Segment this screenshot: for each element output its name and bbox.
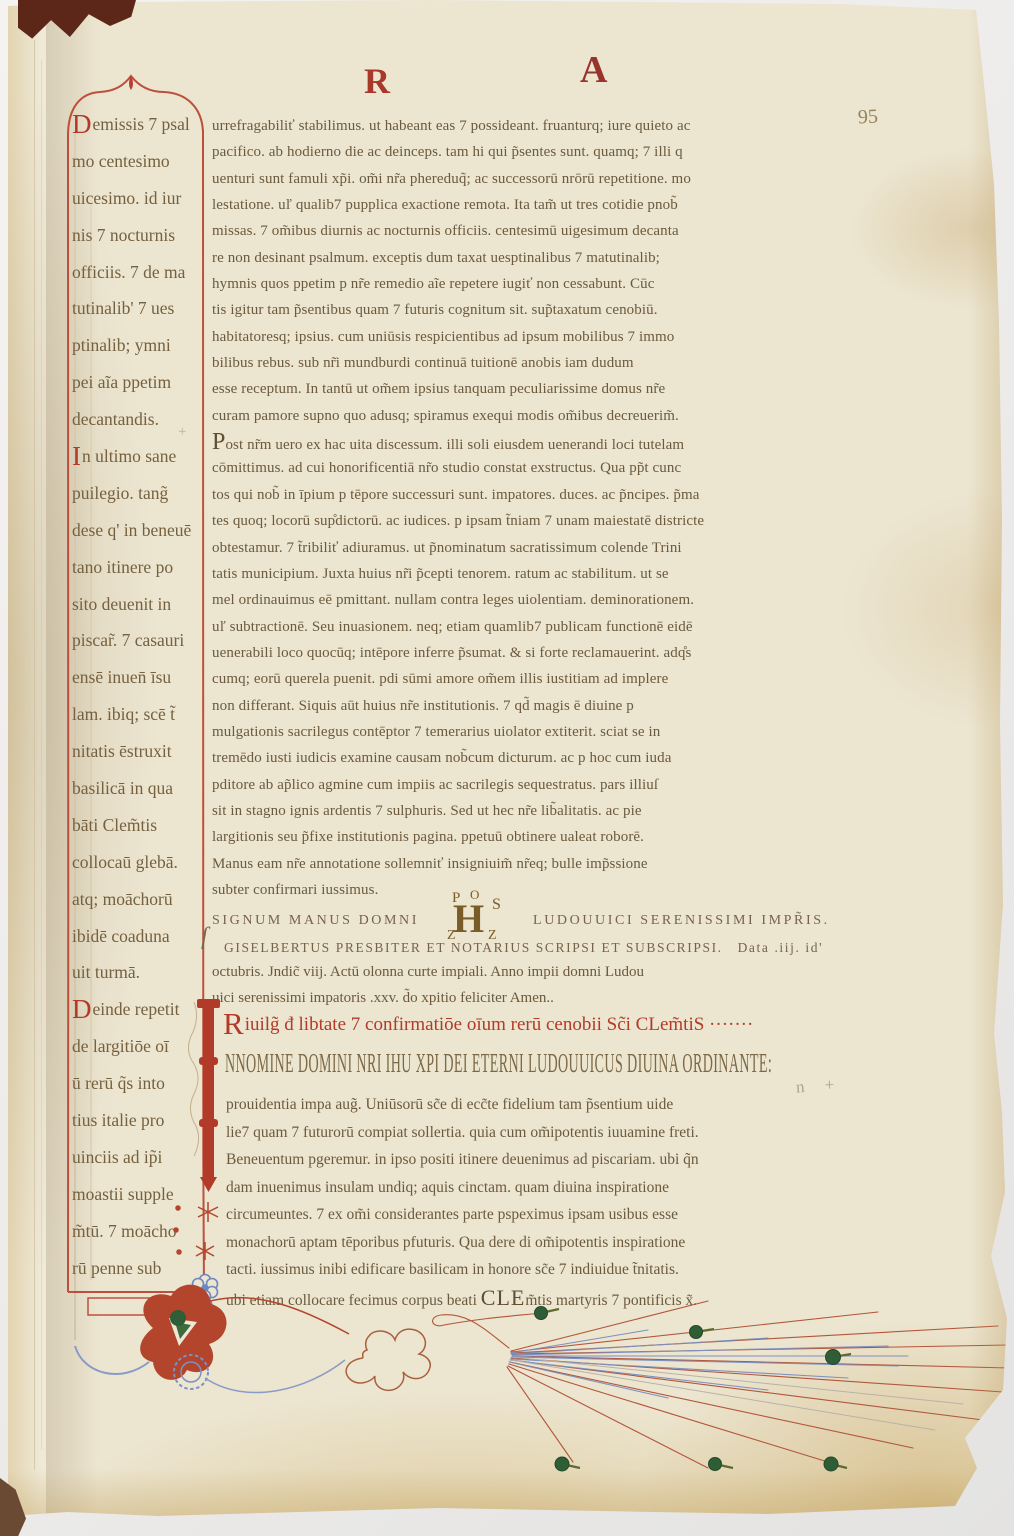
margin-note-line: lam. ibiq; scē t̃ (72, 696, 210, 733)
page-edge-line (41, 60, 42, 1450)
text-line: tes quoq; locorū sup̊dictorū. ac iudices… (212, 508, 812, 534)
margin-note-line: atq; moāchorū (72, 881, 210, 918)
margin-note-line: Demissis 7 psal (72, 106, 210, 143)
text-line: prouidentia impa aug̃. Uniūsorū sc̃e di … (226, 1091, 699, 1119)
photograph-backdrop: R A 95 Demissis 7 psal mo centesimo uice… (0, 0, 1014, 1536)
margin-note-line: bāti Clem̃tis (72, 807, 210, 844)
margin-note-line: tius italie pro (72, 1102, 210, 1139)
margin-note-line: ensē inuen̄ īsu (72, 659, 210, 696)
margin-note-line: ū rerū q̃s into (72, 1065, 210, 1102)
text-line: tatis municipium. Juxta huius nr̃i p̃cep… (212, 561, 812, 587)
text-line: uľ subtractionē. Seu inuasionem. neq; et… (212, 614, 812, 640)
running-header-letter-right: A (580, 48, 607, 92)
text-line: esse receptum. In tantū ut om̃em ipsius … (212, 376, 812, 402)
text-line: uenerabili loco quocūq; intēpore inferre… (212, 640, 812, 666)
subscription-line: octubris. Jndic̃ viij. Actū olonna curte… (212, 964, 644, 981)
margin-note-line: piscar̃. 7 casauri (72, 622, 210, 659)
text-line: tremēdo iusti iudicis examine causam nob… (212, 745, 812, 771)
green-dot-terminals (535, 1307, 852, 1472)
text-line: non differant. Siquis aūt huius nr̃e ins… (212, 693, 812, 719)
margin-note-line: nis 7 nocturnis (72, 217, 210, 254)
pencil-annotation: n + (795, 1074, 843, 1097)
text-line: re non desinant psalmum. exceptis dum ta… (212, 245, 812, 271)
margin-note-line: basilicā in qua (72, 770, 210, 807)
charter-heading: NNOMINE DOMINI NRI IHU XPI DEI ETERNI LU… (225, 1048, 926, 1069)
margin-note-line: mo centesimo (72, 143, 210, 180)
text-line: pditore ab ap̃lico agmine cum impiis ac … (212, 772, 812, 798)
text-line: cumq; eorū querela puenit. pdi sūmi amor… (212, 666, 812, 692)
text-line: obtestamur. 7 t̃ribiliť adiuramus. ut p̃… (212, 535, 812, 561)
ludovicus-monogram-icon: H P O S Z Z (439, 896, 513, 946)
text-line: curam pamore supno quo adusq; spiramus e… (212, 403, 812, 429)
margin-note-line: collocaū glebā. (72, 844, 210, 881)
page-edge-line (34, 40, 35, 1470)
margin-note-line: uinciis ad ip̃i (72, 1139, 210, 1176)
text-line: pacifico. ab hodierno die ac deinceps. t… (212, 139, 812, 165)
text-line: mulgationis sacrilegus contēptor 7 temer… (212, 719, 812, 745)
text-line: Manus eam nr̃e annotatione sollemniť ins… (212, 851, 812, 877)
rubric-initial: R (223, 1006, 244, 1041)
margin-note-line: ibidē coaduna (72, 918, 210, 955)
monogram-letter: O (470, 888, 479, 901)
text-line: lie7 quam 7 futurorū compiat sollertia. … (226, 1119, 699, 1147)
margin-note-line: dese q' in beneuē (72, 512, 210, 549)
knot-ornament-icon (75, 1285, 349, 1393)
text-line: urrefragabiliť stabilimus. ut habeant ea… (212, 113, 812, 139)
cloud-flourish (346, 1329, 430, 1390)
margin-note-line: officiis. 7 de ma (72, 254, 210, 291)
text-line: tos qui nob̃ in īpium p tēpore successur… (212, 482, 812, 508)
main-text-block: urrefragabiliť stabilimus. ut habeant ea… (212, 113, 812, 903)
text-line: largitionis seu p̃fixe institutionis pag… (212, 824, 812, 850)
monogram-letter: P (452, 891, 460, 906)
folio-number: 95 (857, 105, 878, 129)
decorated-initial-I-icon (197, 999, 220, 1195)
signum-text-right: LUDOUUICI SERENISSIMI IMPR̃IS. (533, 913, 830, 929)
margin-note-line: ptinalib; ymni (72, 327, 210, 364)
margin-initial: D (72, 109, 92, 139)
running-header-letter-left: R (364, 60, 390, 102)
text-line: tis igitur tam p̃sentibus quam 7 futuris… (212, 297, 812, 323)
margin-note-line: uit turmā. (72, 954, 210, 991)
text-line: Beneuentum pgeremur. in ipso positi itin… (226, 1146, 699, 1174)
text-line: uenturi sunt famuli xp̃i. om̃i nr̃a pher… (212, 166, 812, 192)
text-line: habitatoresq; ipsius. cum uniūsis respic… (212, 324, 812, 350)
text-line: cōmittimus. ad cui honorificentiā nr̃o s… (212, 455, 812, 481)
subscription-line: uici serenissimi impatoris .xxv. d̃o xpi… (212, 990, 554, 1007)
subscription-line: GISELBERTUS PRESBITER ET NOTARIUS SCRIPS… (224, 940, 823, 956)
margin-initial: D (72, 994, 92, 1024)
margin-note-line: In ultimo sane (72, 438, 210, 475)
pen-flourish-fan (63, 1190, 1014, 1526)
text-line: Post nr̃m uero ex hac uita discessum. il… (212, 429, 812, 455)
margin-note-line: pei aĩa ppetim (72, 364, 210, 401)
asterisk-ornament-icon (174, 1202, 218, 1260)
margin-initial: I (72, 441, 81, 471)
margin-notes: Demissis 7 psal mo centesimo uicesimo. i… (72, 106, 210, 1287)
margin-note-line: puilegio. tang̃ (72, 475, 210, 512)
signum-text-left: SIGNUM MANUS DOMNI (212, 913, 419, 929)
margin-note-line: de largitiōe oī (72, 1028, 210, 1065)
margin-note-line: tutinalib' 7 ues (72, 290, 210, 327)
text-line: lestatione. uľ qualib7 pupplica exaction… (212, 192, 812, 218)
notary-sign: ſ (201, 924, 208, 951)
text-line: sit in stagno ignis ardentis 7 sulphuris… (212, 798, 812, 824)
text-line: missas. 7 om̃ibus diurnis ac nocturnis o… (212, 218, 812, 244)
margin-note-line: Deinde repetit (72, 991, 210, 1028)
margin-note-line: uicesimo. id iur (72, 180, 210, 217)
text-line: hymnis quos ppetim p nr̃e remedio aĩe re… (212, 271, 812, 297)
margin-note-line: tano itinere po (72, 549, 210, 586)
text-line: bilibus rebus. sub nr̃i mundburdi contin… (212, 350, 812, 376)
margin-note-line: nitatis ēstruxit (72, 733, 210, 770)
rubric-title: Riuilg̃ đ libtate 7 confirmatiōe oīum re… (223, 1008, 753, 1039)
monogram-letter: S (492, 897, 501, 913)
text-line: mel ordinauimus eē pmittant. nullam cont… (212, 587, 812, 613)
pencil-cross-annotation: + (178, 424, 196, 441)
manuscript-page: R A 95 Demissis 7 psal mo centesimo uice… (8, 0, 1010, 1524)
margin-note-line: sito deuenit in (72, 586, 210, 623)
flourish-lines (433, 1301, 1010, 1468)
